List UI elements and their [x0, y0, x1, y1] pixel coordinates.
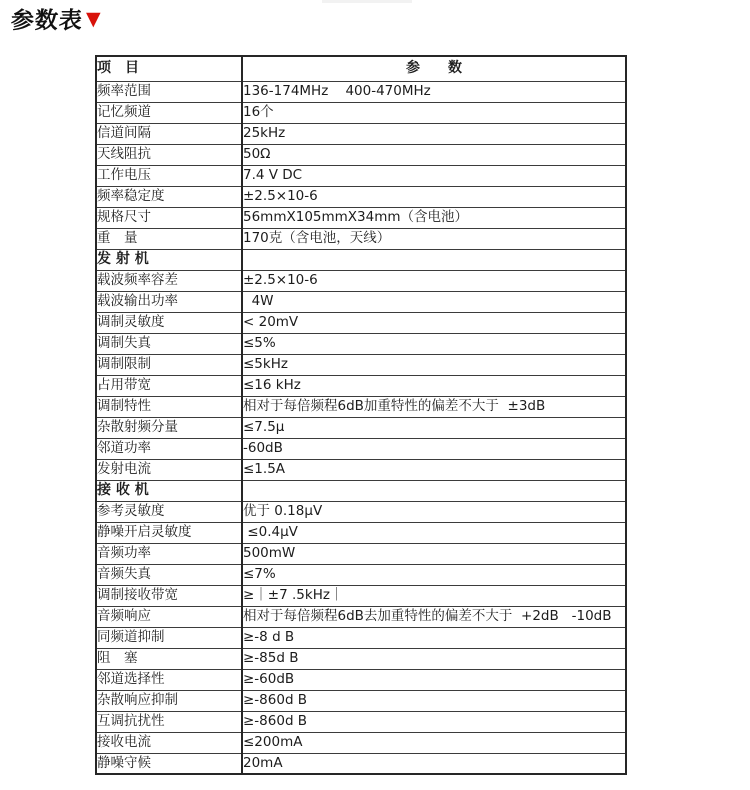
table-row: 载波输出功率 4W — [96, 291, 626, 312]
table-row: 调制接收带宽 ≥｜±7 .5kHz｜ — [96, 585, 626, 606]
column-header-item: 项 目 — [96, 56, 242, 81]
table-row: 调制灵敏度 < 20mV — [96, 312, 626, 333]
spec-item-value: ≤7.5μ — [242, 417, 626, 438]
table-row: 工作电压 7.4 V DC — [96, 165, 626, 186]
table-row: 重 量 170克（含电池，天线） — [96, 228, 626, 249]
spec-item-label: 接 收 机 — [96, 480, 242, 501]
spec-item-label: 杂散射频分量 — [96, 417, 242, 438]
spec-item-value: 25kHz — [242, 123, 626, 144]
spec-item-value: ≤0.4μV — [242, 522, 626, 543]
spec-item-label: 调制失真 — [96, 333, 242, 354]
spec-item-label: 调制特性 — [96, 396, 242, 417]
table-row: 发 射 机 — [96, 249, 626, 270]
table-row: 接 收 机 — [96, 480, 626, 501]
spec-item-label: 频率范围 — [96, 81, 242, 102]
spec-item-value: ≥-8 d B — [242, 627, 626, 648]
spec-table: 项 目 参 数 频率范围 136-174MHz 400-470MHz 记忆频道 … — [95, 55, 627, 775]
spec-item-label: 参考灵敏度 — [96, 501, 242, 522]
table-header-row: 项 目 参 数 — [96, 56, 626, 81]
spec-item-label: 发 射 机 — [96, 249, 242, 270]
spec-item-label: 工作电压 — [96, 165, 242, 186]
spec-item-value: ≥-85d B — [242, 648, 626, 669]
spec-item-label: 载波频率容差 — [96, 270, 242, 291]
spec-item-value: 相对于每倍频程6dB加重特性的偏差不大于 ±3dB — [242, 396, 626, 417]
spec-item-label: 天线阻抗 — [96, 144, 242, 165]
spec-item-value: 170克（含电池，天线） — [242, 228, 626, 249]
spec-item-value: 相对于每倍频程6dB去加重特性的偏差不大于 +2dB -10dB — [242, 606, 626, 627]
spec-item-value: ≤7% — [242, 564, 626, 585]
table-row: 频率稳定度 ±2.5×10-6 — [96, 186, 626, 207]
table-row: 接收电流 ≤200mA — [96, 732, 626, 753]
table-row: 同频道抑制 ≥-8 d B — [96, 627, 626, 648]
spec-item-value: ≤1.5A — [242, 459, 626, 480]
spec-item-value: 4W — [242, 291, 626, 312]
table-row: 音频失真 ≤7% — [96, 564, 626, 585]
spec-item-label: 信道间隔 — [96, 123, 242, 144]
table-row: 杂散响应抑制 ≥-860d B — [96, 690, 626, 711]
table-row: 占用带宽 ≤16 kHz — [96, 375, 626, 396]
table-row: 静噪守候 20mA — [96, 753, 626, 774]
table-row: 邻道功率 -60dB — [96, 438, 626, 459]
table-row: 信道间隔 25kHz — [96, 123, 626, 144]
spec-item-value: ≤200mA — [242, 732, 626, 753]
spec-item-label: 调制灵敏度 — [96, 312, 242, 333]
spec-item-value: 20mA — [242, 753, 626, 774]
spec-item-value: 56mmX105mmX34mm（含电池） — [242, 207, 626, 228]
page-title: 参数表 ▼ — [11, 3, 101, 33]
spec-item-label: 同频道抑制 — [96, 627, 242, 648]
table-row: 载波频率容差 ±2.5×10-6 — [96, 270, 626, 291]
spec-item-value: 优于 0.18μV — [242, 501, 626, 522]
spec-item-value: ≥-860d B — [242, 711, 626, 732]
table-row: 参考灵敏度 优于 0.18μV — [96, 501, 626, 522]
page-title-text: 参数表 — [10, 2, 84, 35]
spec-item-label: 音频失真 — [96, 564, 242, 585]
table-row: 调制特性 相对于每倍频程6dB加重特性的偏差不大于 ±3dB — [96, 396, 626, 417]
spec-item-value: ±2.5×10-6 — [242, 186, 626, 207]
table-row: 天线阻抗 50Ω — [96, 144, 626, 165]
table-row: 音频响应 相对于每倍频程6dB去加重特性的偏差不大于 +2dB -10dB — [96, 606, 626, 627]
column-header-param: 参 数 — [242, 56, 626, 81]
spec-item-value: 500mW — [242, 543, 626, 564]
spec-item-value: -60dB — [242, 438, 626, 459]
table-row: 音频功率 500mW — [96, 543, 626, 564]
table-row: 调制失真 ≤5% — [96, 333, 626, 354]
table-row: 静噪开启灵敏度 ≤0.4μV — [96, 522, 626, 543]
spec-item-label: 杂散响应抑制 — [96, 690, 242, 711]
spec-item-value: 50Ω — [242, 144, 626, 165]
table-row: 调制限制 ≤5kHz — [96, 354, 626, 375]
spec-item-value: 7.4 V DC — [242, 165, 626, 186]
table-row: 阻 塞 ≥-85d B — [96, 648, 626, 669]
spec-item-value: 16个 — [242, 102, 626, 123]
spec-item-value: ≥｜±7 .5kHz｜ — [242, 585, 626, 606]
scan-artifact — [322, 0, 412, 3]
spec-item-label: 静噪守候 — [96, 753, 242, 774]
spec-item-label: 占用带宽 — [96, 375, 242, 396]
table-row: 邻道选择性 ≥-60dB — [96, 669, 626, 690]
table-row: 杂散射频分量 ≤7.5μ — [96, 417, 626, 438]
spec-item-label: 音频功率 — [96, 543, 242, 564]
table-row: 记忆频道 16个 — [96, 102, 626, 123]
spec-item-label: 静噪开启灵敏度 — [96, 522, 242, 543]
spec-item-label: 规格尺寸 — [96, 207, 242, 228]
spec-item-value: 136-174MHz 400-470MHz — [242, 81, 626, 102]
spec-item-value: ≤5% — [242, 333, 626, 354]
spec-item-label: 重 量 — [96, 228, 242, 249]
spec-item-value: < 20mV — [242, 312, 626, 333]
spec-item-label: 接收电流 — [96, 732, 242, 753]
spec-item-value: ≤16 kHz — [242, 375, 626, 396]
spec-item-value: ≥-60dB — [242, 669, 626, 690]
spec-item-label: 调制限制 — [96, 354, 242, 375]
spec-item-label: 发射电流 — [96, 459, 242, 480]
red-triangle-icon: ▼ — [86, 10, 101, 29]
spec-item-label: 邻道选择性 — [96, 669, 242, 690]
spec-table-body: 频率范围 136-174MHz 400-470MHz 记忆频道 16个 信道间隔… — [96, 81, 626, 774]
table-row: 发射电流 ≤1.5A — [96, 459, 626, 480]
spec-item-label: 互调抗扰性 — [96, 711, 242, 732]
spec-item-label: 载波输出功率 — [96, 291, 242, 312]
spec-item-label: 阻 塞 — [96, 648, 242, 669]
table-row: 规格尺寸 56mmX105mmX34mm（含电池） — [96, 207, 626, 228]
spec-item-label: 频率稳定度 — [96, 186, 242, 207]
spec-item-value — [242, 480, 626, 501]
spec-item-label: 邻道功率 — [96, 438, 242, 459]
table-row: 频率范围 136-174MHz 400-470MHz — [96, 81, 626, 102]
table-row: 互调抗扰性 ≥-860d B — [96, 711, 626, 732]
spec-item-label: 记忆频道 — [96, 102, 242, 123]
spec-item-value: ≥-860d B — [242, 690, 626, 711]
spec-item-value: ±2.5×10-6 — [242, 270, 626, 291]
spec-item-value: ≤5kHz — [242, 354, 626, 375]
spec-item-label: 调制接收带宽 — [96, 585, 242, 606]
spec-item-value — [242, 249, 626, 270]
spec-item-label: 音频响应 — [96, 606, 242, 627]
